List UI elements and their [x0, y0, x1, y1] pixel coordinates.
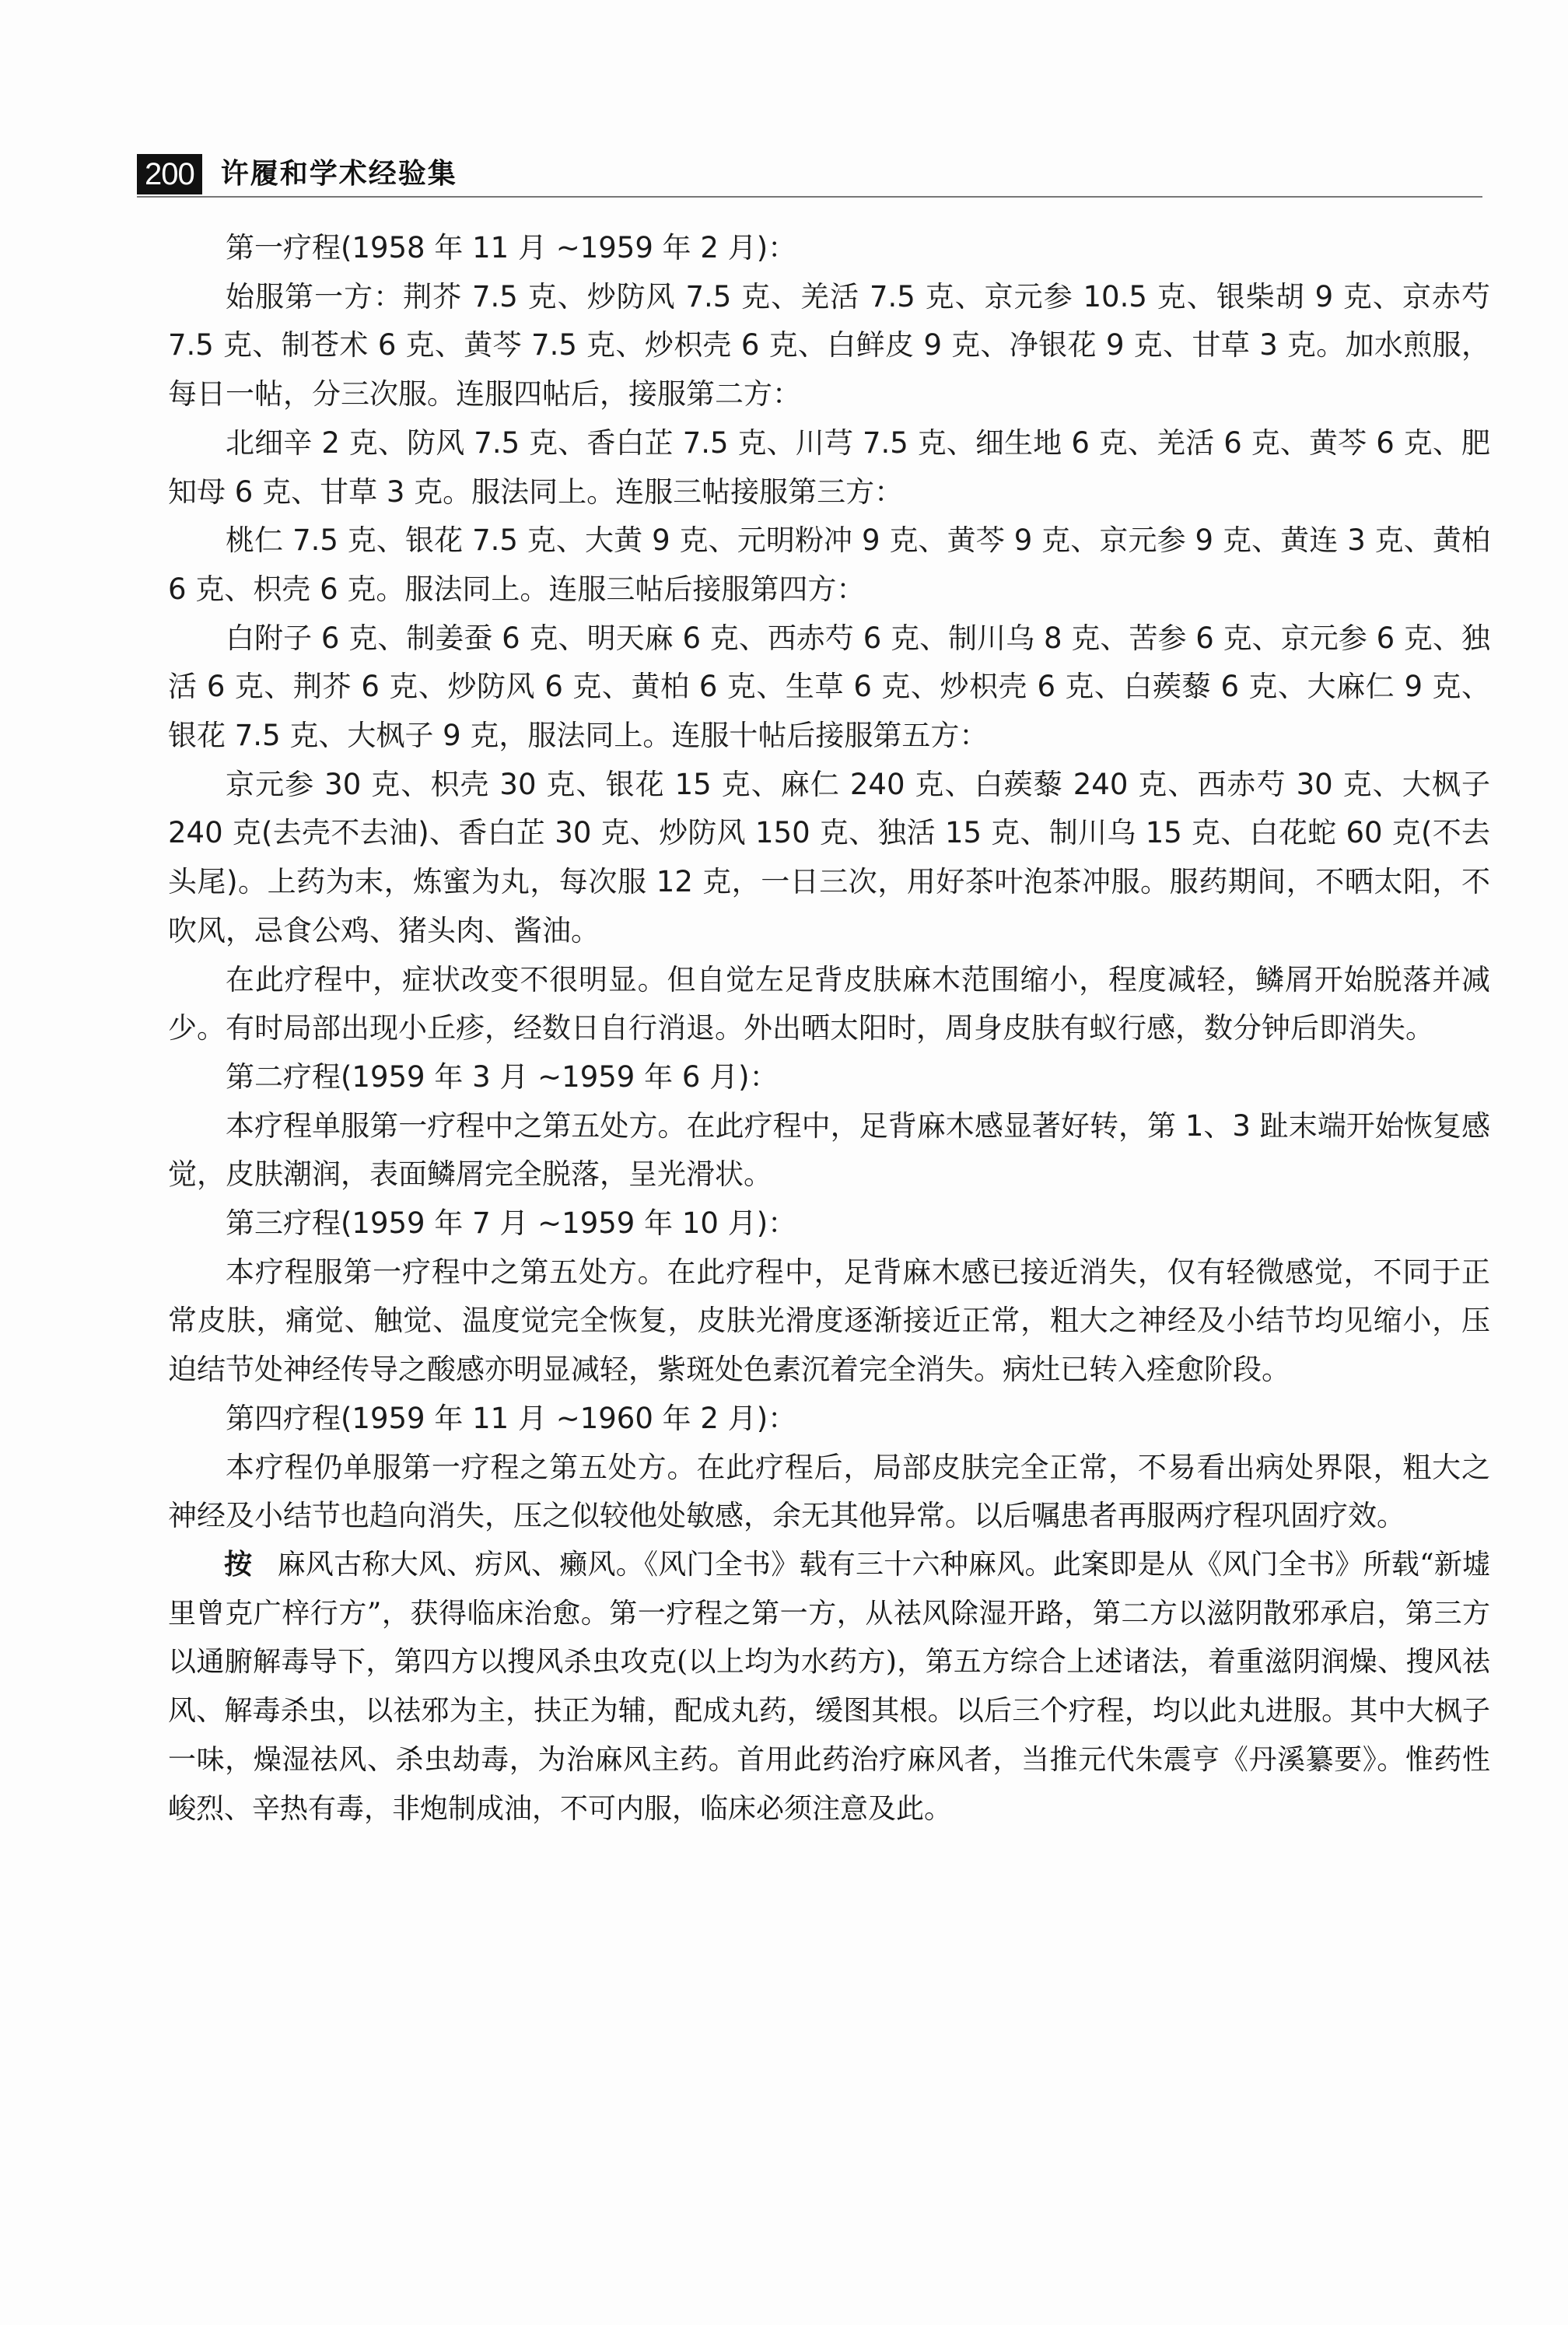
course-2-outcome: 本疗程单服第一疗程中之第五处方。在此疗程中，足背麻木感显著好转，第 1、3 趾末…: [168, 1102, 1490, 1199]
course-heading-2: 第二疗程(1959 年 3 月 ~1959 年 6 月)：: [168, 1053, 1490, 1102]
prescription-5: 京元参 30 克、枳壳 30 克、银花 15 克、麻仁 240 克、白蒺藜 24…: [168, 761, 1490, 956]
course-4-outcome: 本疗程仍单服第一疗程之第五处方。在此疗程后，局部皮肤完全正常，不易看出病处界限，…: [168, 1444, 1490, 1541]
course-heading-4: 第四疗程(1959 年 11 月 ~1960 年 2 月)：: [168, 1395, 1490, 1444]
book-title: 许履和学术经验集: [221, 154, 457, 194]
note-text: 麻风古称大风、疠风、癞风。《风门全书》载有三十六种麻风。此案即是从《风门全书》所…: [168, 1549, 1490, 1825]
course-1-outcome: 在此疗程中，症状改变不很明显。但自觉左足背皮肤麻木范围缩小，程度减轻，鳞屑开始脱…: [168, 956, 1490, 1053]
note-label: 按: [224, 1549, 252, 1581]
prescription-3: 桃仁 7.5 克、银花 7.5 克、大黄 9 克、元明粉冲 9 克、黄芩 9 克…: [168, 516, 1490, 614]
commentary-note: 按麻风古称大风、疠风、癞风。《风门全书》载有三十六种麻风。此案即是从《风门全书》…: [168, 1541, 1490, 1833]
prescription-1: 始服第一方：荆芥 7.5 克、炒防风 7.5 克、羌活 7.5 克、京元参 10…: [168, 273, 1490, 419]
page-number: 200: [137, 154, 202, 194]
prescription-4: 白附子 6 克、制姜蚕 6 克、明天麻 6 克、西赤芍 6 克、制川乌 8 克、…: [168, 615, 1490, 761]
header-rule: [137, 196, 1482, 198]
course-heading-1: 第一疗程(1958 年 11 月 ~1959 年 2 月)：: [168, 224, 1490, 273]
prescription-2: 北细辛 2 克、防风 7.5 克、香白芷 7.5 克、川芎 7.5 克、细生地 …: [168, 419, 1490, 516]
running-header: 200 许履和学术经验集: [137, 151, 1482, 194]
page-body: 第一疗程(1958 年 11 月 ~1959 年 2 月)： 始服第一方：荆芥 …: [168, 224, 1490, 1833]
course-3-outcome: 本疗程服第一疗程中之第五处方。在此疗程中，足背麻木感已接近消失，仅有轻微感觉，不…: [168, 1248, 1490, 1395]
course-heading-3: 第三疗程(1959 年 7 月 ~1959 年 10 月)：: [168, 1199, 1490, 1248]
